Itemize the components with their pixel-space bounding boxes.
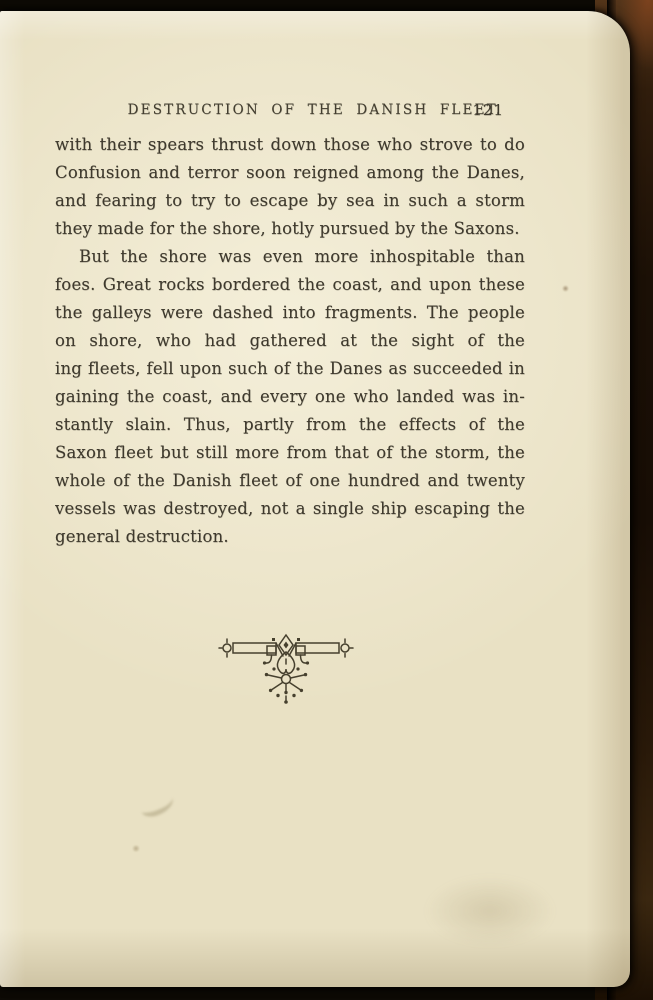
text-line: whole of the Danish fleet of one hundred… [55, 467, 525, 495]
text-line: ing fleets, fell upon such of the Danes … [55, 355, 525, 383]
text-line: and fearing to try to escape by sea in s… [55, 187, 525, 215]
text-line: vessels was destroyed, not a single ship… [55, 495, 525, 523]
text-line: Confusion and terror soon reigned among … [55, 159, 525, 187]
text-line: on shore, who had gathered at the sight … [55, 327, 525, 355]
ornament-left-finial [219, 639, 231, 657]
ornament-center [263, 635, 309, 673]
paper-spot [132, 845, 140, 852]
text-line: the galleys were dashed into fragments. … [55, 299, 525, 327]
running-header-title: DESTRUCTION OF THE DANISH FLEET. [0, 102, 630, 118]
text-line: general destruction. [55, 523, 525, 551]
paper-speck [562, 285, 569, 292]
book-scan: DESTRUCTION OF THE DANISH FLEET. 121 wit… [0, 0, 653, 1000]
paper-smudge-mark [138, 789, 177, 819]
tailpiece-ornament [214, 631, 358, 707]
ornament-starburst [265, 667, 307, 703]
paper-stain [425, 876, 555, 946]
book-page: DESTRUCTION OF THE DANISH FLEET. 121 wit… [0, 11, 630, 987]
text-line: with their spears thrust down those who … [55, 131, 525, 159]
body-text: with their spears thrust down those who … [55, 131, 525, 551]
text-line: they made for the shore, hotly pursued b… [55, 215, 525, 243]
text-line: stantly slain. Thus, partly from the eff… [55, 411, 525, 439]
text-line: Saxon fleet but still more from that of … [55, 439, 525, 467]
text-line: gaining the coast, and every one who lan… [55, 383, 525, 411]
ornament-right-finial [341, 639, 353, 657]
page-number: 121 [472, 101, 504, 119]
text-line: foes. Great rocks bordered the coast, an… [55, 271, 525, 299]
text-line: But the shore was even more inhospitable… [55, 243, 525, 271]
